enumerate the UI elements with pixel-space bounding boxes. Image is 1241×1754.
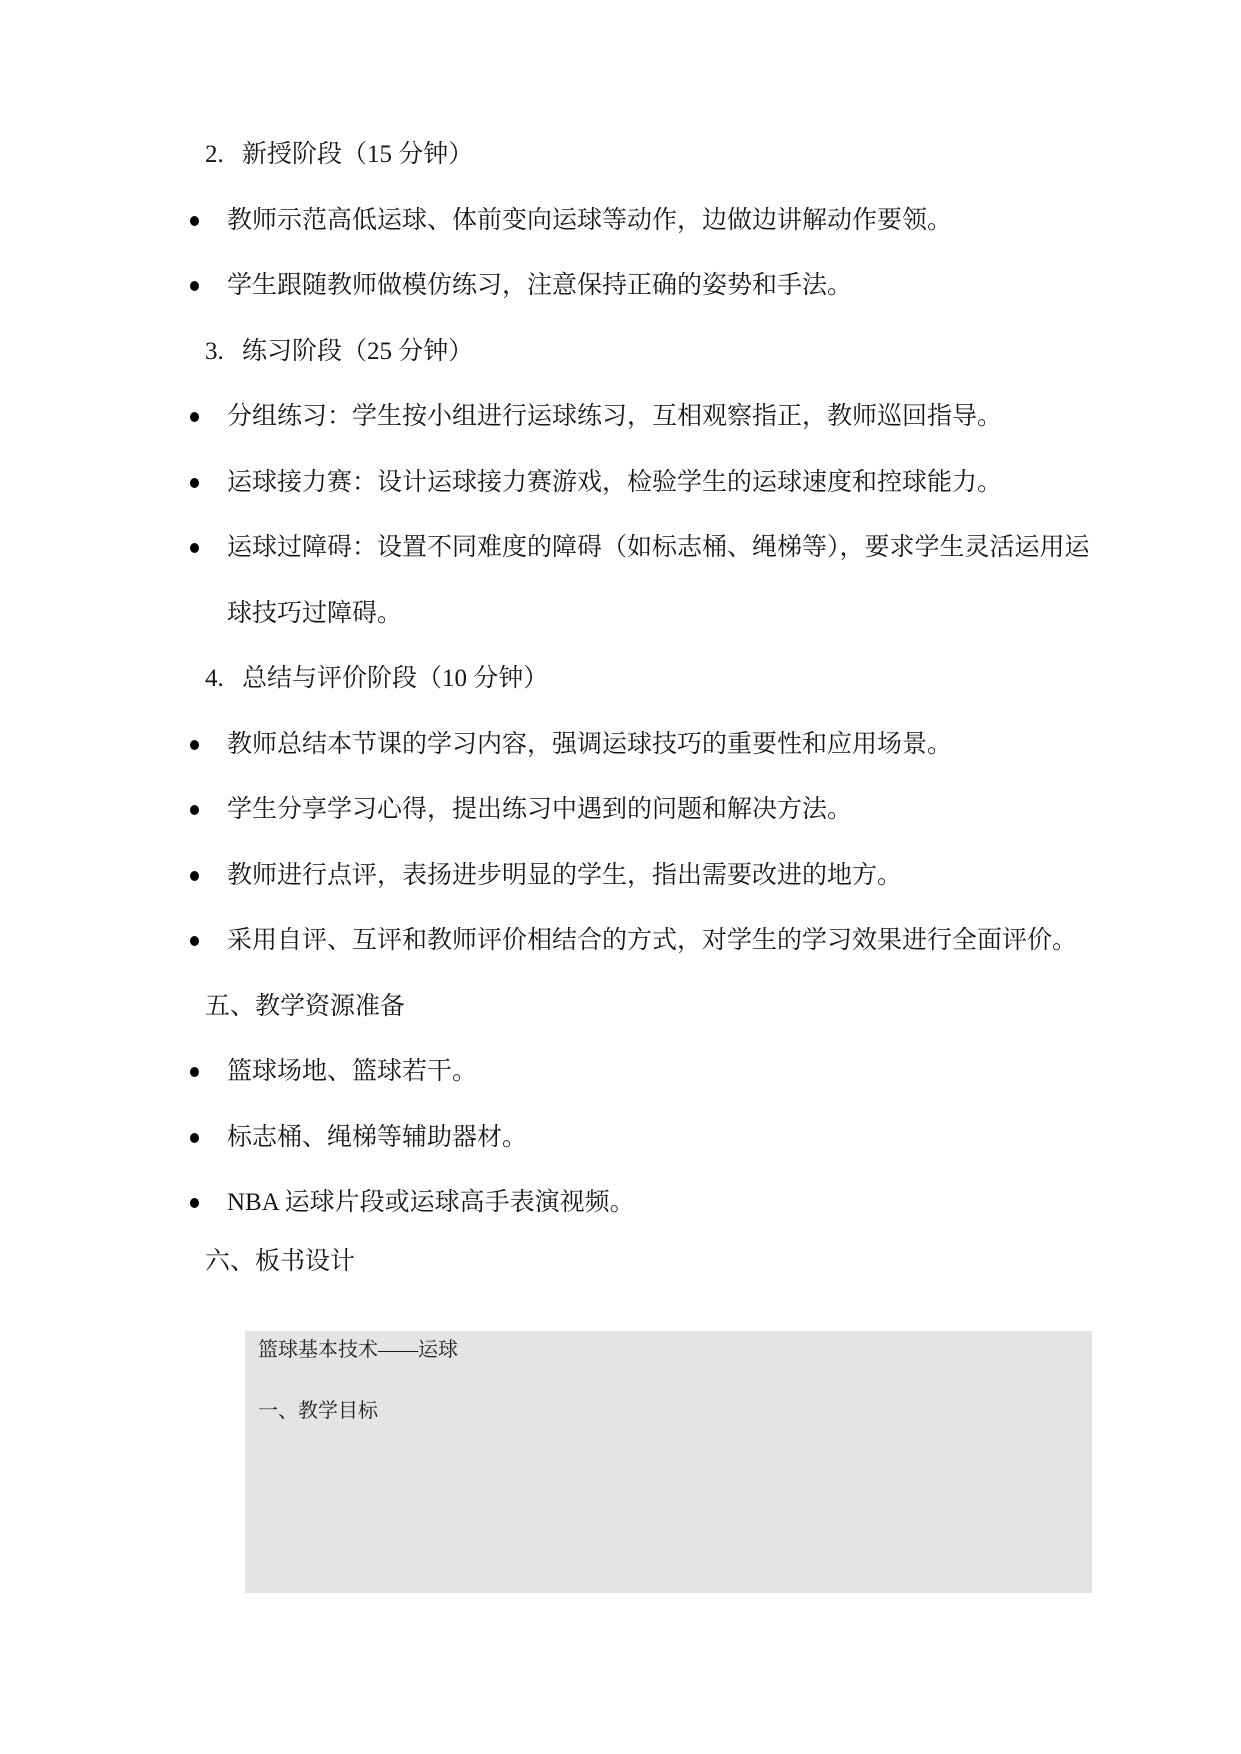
bullet-item: 教师进行点评，表扬进步明显的学生，指出需要改进的地方。 [227, 859, 902, 892]
bullet-icon [190, 740, 199, 750]
item-text: NBA 运球片段或运球高手表演视频。 [227, 1189, 635, 1216]
item-text: 标志桶、绳梯等辅助器材。 [227, 1124, 527, 1151]
bullet-item: 运球接力赛：设计运球接力赛游戏，检验学生的运球速度和控球能力。 [227, 466, 1002, 499]
bullet-icon [190, 936, 199, 946]
bullet-item: NBA 运球片段或运球高手表演视频。 [227, 1186, 635, 1219]
numbered-item-stage-3: 3.练习阶段（25 分钟） [205, 335, 473, 368]
bullet-icon [190, 478, 199, 488]
item-text: 分组练习：学生按小组进行运球练习，互相观察指正，教师巡回指导。 [227, 403, 1002, 430]
bullet-icon [190, 1133, 199, 1143]
bullet-icon [190, 412, 199, 422]
heading-text: 六、板书设计 [205, 1248, 355, 1275]
section-heading-resources: 五、教学资源准备 [205, 990, 405, 1023]
bullet-icon [190, 216, 199, 226]
bullet-item: 运球过障碍：设置不同难度的障碍（如标志桶、绳梯等），要求学生灵活运用运球技巧过障… [227, 515, 1107, 646]
board-title: 篮球基本技术——运球 [258, 1337, 458, 1363]
item-text: 运球接力赛：设计运球接力赛游戏，检验学生的运球速度和控球能力。 [227, 469, 1002, 496]
bullet-item: 学生分享学习心得，提出练习中遇到的问题和解决方法。 [227, 793, 852, 826]
item-text: 新授阶段（15 分钟） [242, 141, 473, 168]
numbered-item-stage-2: 2.新授阶段（15 分钟） [205, 138, 473, 171]
bullet-icon [190, 1067, 199, 1077]
item-text: 教师示范高低运球、体前变向运球等动作，边做边讲解动作要领。 [227, 207, 952, 234]
item-text: 总结与评价阶段（10 分钟） [242, 665, 548, 692]
item-number: 3. [205, 335, 242, 368]
bullet-item: 篮球场地、篮球若干。 [227, 1055, 477, 1088]
bullet-icon [190, 1198, 199, 1208]
bullet-item: 学生跟随教师做模仿练习，注意保持正确的姿势和手法。 [227, 269, 852, 302]
document-page: 2.新授阶段（15 分钟） 教师示范高低运球、体前变向运球等动作，边做边讲解动作… [0, 0, 1241, 1754]
item-text: 运球过障碍：设置不同难度的障碍（如标志桶、绳梯等），要求学生灵活运用运球技巧过障… [227, 534, 1090, 627]
item-number: 4. [205, 662, 242, 695]
bullet-icon [190, 871, 199, 881]
item-number: 2. [205, 138, 242, 171]
bullet-icon [190, 805, 199, 815]
item-text: 篮球场地、篮球若干。 [227, 1058, 477, 1085]
bullet-icon [190, 281, 199, 291]
item-text: 练习阶段（25 分钟） [242, 338, 473, 365]
blackboard-design-box: 篮球基本技术——运球 一、教学目标 [245, 1331, 1092, 1593]
heading-text: 五、教学资源准备 [205, 993, 405, 1020]
item-text: 教师进行点评，表扬进步明显的学生，指出需要改进的地方。 [227, 862, 902, 889]
bullet-item: 教师示范高低运球、体前变向运球等动作，边做边讲解动作要领。 [227, 204, 952, 237]
item-text: 学生分享学习心得，提出练习中遇到的问题和解决方法。 [227, 796, 852, 823]
item-text: 教师总结本节课的学习内容，强调运球技巧的重要性和应用场景。 [227, 731, 952, 758]
bullet-item: 标志桶、绳梯等辅助器材。 [227, 1121, 527, 1154]
numbered-item-stage-4: 4.总结与评价阶段（10 分钟） [205, 662, 548, 695]
item-text: 采用自评、互评和教师评价相结合的方式，对学生的学习效果进行全面评价。 [227, 927, 1077, 954]
bullet-icon [190, 543, 199, 553]
board-line: 一、教学目标 [258, 1398, 378, 1424]
bullet-item: 教师总结本节课的学习内容，强调运球技巧的重要性和应用场景。 [227, 728, 952, 761]
bullet-item: 采用自评、互评和教师评价相结合的方式，对学生的学习效果进行全面评价。 [227, 924, 1077, 957]
item-text: 学生跟随教师做模仿练习，注意保持正确的姿势和手法。 [227, 272, 852, 299]
section-heading-board-design: 六、板书设计 [205, 1245, 355, 1278]
bullet-item: 分组练习：学生按小组进行运球练习，互相观察指正，教师巡回指导。 [227, 400, 1002, 433]
